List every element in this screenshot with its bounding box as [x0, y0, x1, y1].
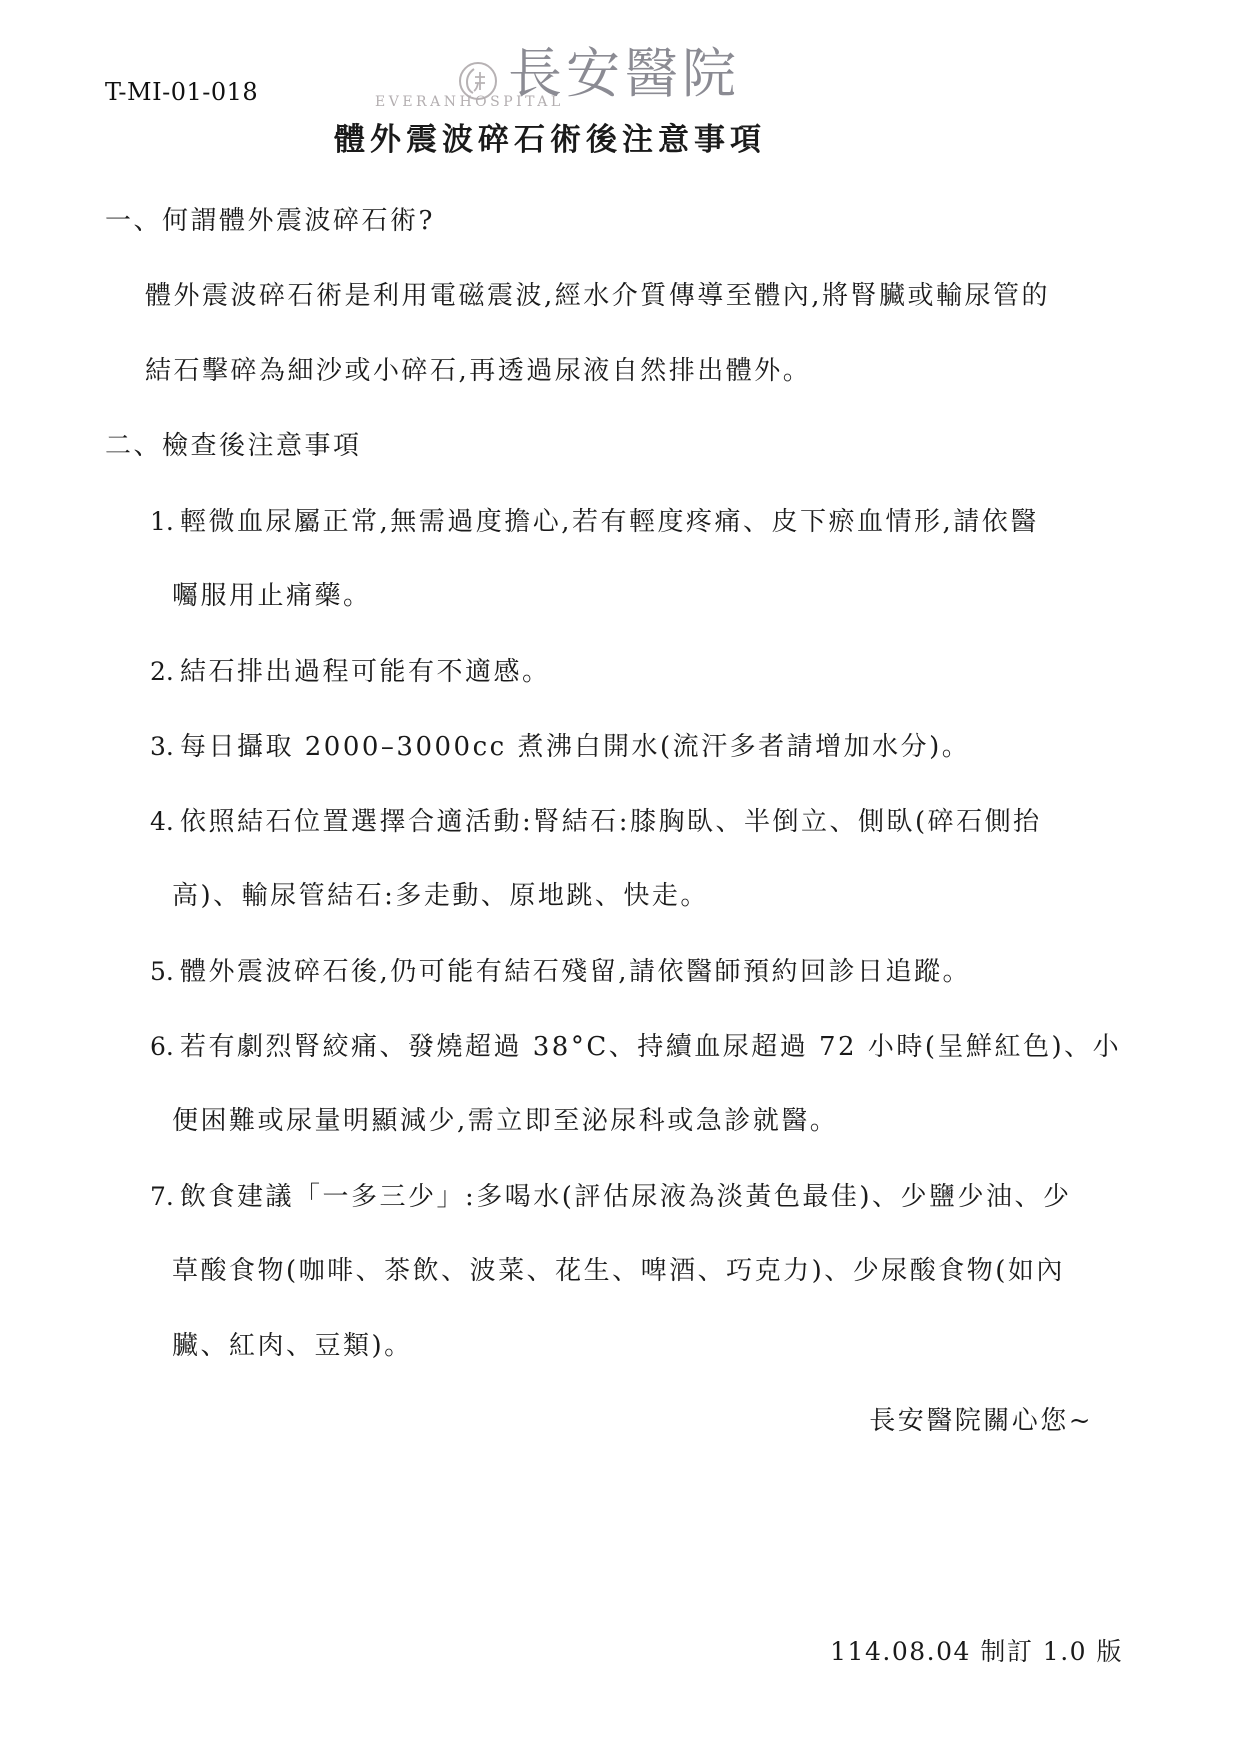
list-item-text: 輕微血尿屬正常,無需過度擔心,若有輕度疼痛、皮下瘀血情形,請依醫 — [180, 507, 1039, 537]
list-item-number: 7. — [150, 1159, 180, 1234]
list-item-number: 2. — [150, 634, 180, 709]
list-item-text: 體外震波碎石後,仍可能有結石殘留,請依醫師預約回診日追蹤。 — [180, 957, 971, 987]
section-1-heading: 一、何謂體外震波碎石術? — [105, 184, 1095, 259]
list-item-4: 4.依照結石位置選擇合適活動:腎結石:膝胸臥、半倒立、側臥(碎石側抬 — [105, 784, 1095, 859]
list-item-1: 1.輕微血尿屬正常,無需過度擔心,若有輕度疼痛、皮下瘀血情形,請依醫 — [105, 484, 1095, 559]
document-page: T-MI-01-018 EVERANHOSPITAL 長安醫院 體外震波碎石術後… — [0, 0, 1241, 1755]
closing-message: 長安醫院關心您~ — [105, 1384, 1095, 1459]
section-1-paragraph-line: 結石擊碎為細沙或小碎石,再透過尿液自然排出體外。 — [105, 334, 1095, 409]
list-item-5: 5.體外震波碎石後,仍可能有結石殘留,請依醫師預約回診日追蹤。 — [105, 934, 1095, 1009]
list-item-text: 每日攝取 2000–3000cc 煮沸白開水(流汗多者請增加水分)。 — [180, 732, 970, 762]
list-item-3: 3.每日攝取 2000–3000cc 煮沸白開水(流汗多者請增加水分)。 — [105, 709, 1095, 784]
list-item-7-continuation: 草酸食物(咖啡、茶飲、波菜、花生、啤酒、巧克力)、少尿酸食物(如內 — [105, 1234, 1095, 1309]
list-item-6-continuation: 便困難或尿量明顯減少,需立即至泌尿科或急診就醫。 — [105, 1084, 1095, 1159]
list-item-text: 若有劇烈腎絞痛、發燒超過 38°C、持續血尿超過 72 小時(呈鮮紅色)、小 — [180, 1032, 1121, 1062]
list-item-4-continuation: 高)、輸尿管結石:多走動、原地跳、快走。 — [105, 859, 1095, 934]
document-body: 一、何謂體外震波碎石術? 體外震波碎石術是利用電磁震波,經水介質傳導至體內,將腎… — [105, 184, 1095, 1459]
list-item-2: 2.結石排出過程可能有不適感。 — [105, 634, 1095, 709]
list-item-text: 飲食建議「一多三少」:多喝水(評估尿液為淡黃色最佳)、少鹽少油、少 — [180, 1182, 1072, 1212]
doc-code: T-MI-01-018 — [105, 78, 258, 106]
version-note: 114.08.04 制訂 1.0 版 — [830, 1632, 1123, 1668]
list-item-number: 4. — [150, 784, 180, 859]
list-item-number: 1. — [150, 484, 180, 559]
page-title: 體外震波碎石術後注意事項 — [105, 114, 995, 159]
hospital-logo: EVERANHOSPITAL 長安醫院 — [375, 42, 775, 114]
list-item-text: 依照結石位置選擇合適活動:腎結石:膝胸臥、半倒立、側臥(碎石側抬 — [180, 807, 1042, 837]
list-item-1-continuation: 囑服用止痛藥。 — [105, 559, 1095, 634]
list-item-text: 結石排出過程可能有不適感。 — [180, 657, 551, 687]
list-item-7-continuation: 臟、紅肉、豆類)。 — [105, 1309, 1095, 1384]
hospital-logo-zh-text: 長安醫院 — [508, 44, 740, 104]
list-item-number: 3. — [150, 709, 180, 784]
list-item-number: 5. — [150, 934, 180, 1009]
list-item-6: 6.若有劇烈腎絞痛、發燒超過 38°C、持續血尿超過 72 小時(呈鮮紅色)、小 — [105, 1009, 1095, 1084]
list-item-number: 6. — [150, 1009, 180, 1084]
section-1-paragraph-line: 體外震波碎石術是利用電磁震波,經水介質傳導至體內,將腎臟或輸尿管的 — [105, 259, 1095, 334]
section-2-heading: 二、檢查後注意事項 — [105, 409, 1095, 484]
list-item-7: 7.飲食建議「一多三少」:多喝水(評估尿液為淡黃色最佳)、少鹽少油、少 — [105, 1159, 1095, 1234]
